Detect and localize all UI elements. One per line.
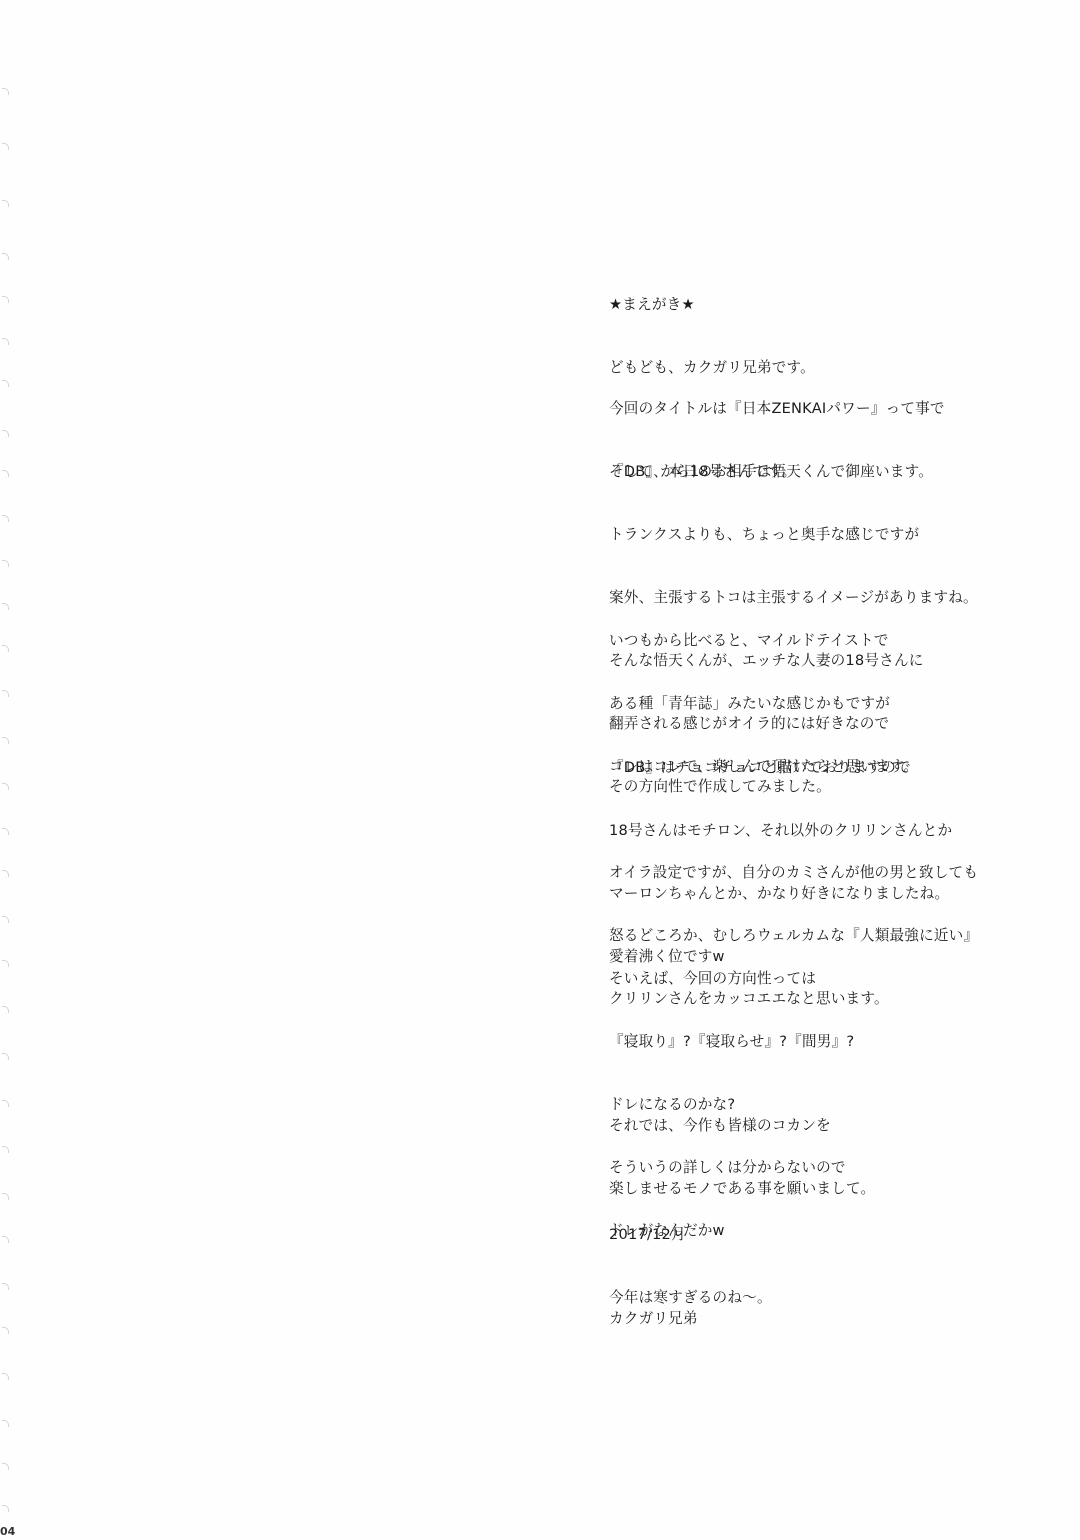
paragraph-line: 『寝取り』?『寝取らせ』?『間男』?: [609, 1031, 854, 1052]
binding-mark-icon: [2, 380, 9, 387]
paragraph-line: 『DB』はチョコチョコと描いておりますので: [609, 757, 952, 778]
paragraph-line: いつもから比べると、マイルドテイストで: [609, 630, 918, 651]
binding-mark-icon: [2, 870, 9, 877]
paragraph-line: そして、本日のお相手は悟天くんで御座います。: [609, 461, 978, 482]
paragraph-line: それでは、今作も皆様のコカンを: [609, 1115, 875, 1136]
binding-mark-icon: [2, 603, 9, 610]
binding-mark-icon: [2, 470, 9, 477]
binding-mark-icon: [2, 338, 9, 345]
author-signature: カクガリ兄弟: [609, 1308, 698, 1329]
binding-mark-icon: [2, 1193, 9, 1200]
binding-mark-icon: [2, 515, 9, 522]
paragraph-line: 今回のタイトルは『日本ZENKAIパワー』って事で: [609, 398, 945, 419]
paragraph-line: ある種「青年誌」みたいな感じかもですが: [609, 693, 918, 714]
binding-mark-icon: [2, 1146, 9, 1153]
binding-edge-marks: [0, 0, 14, 1540]
binding-mark-icon: [2, 560, 9, 567]
binding-mark-icon: [2, 1327, 9, 1334]
binding-mark-icon: [2, 253, 9, 260]
binding-mark-icon: [2, 1006, 9, 1013]
binding-mark-icon: [2, 690, 9, 697]
binding-mark-icon: [2, 960, 9, 967]
binding-mark-icon: [2, 783, 9, 790]
binding-mark-icon: [2, 916, 9, 923]
binding-mark-icon: [2, 1053, 9, 1060]
binding-mark-icon: [2, 737, 9, 744]
binding-mark-icon: [2, 1420, 9, 1427]
binding-mark-icon: [2, 1505, 9, 1512]
paragraph-line: トランクスよりも、ちょっと奥手な感じですが: [609, 524, 978, 545]
binding-mark-icon: [2, 200, 9, 207]
binding-mark-icon: [2, 296, 9, 303]
binding-mark-icon: [2, 1373, 9, 1380]
binding-mark-icon: [2, 1463, 9, 1470]
paragraph-line: オイラ設定ですが、自分のカミさんが他の男と致しても: [609, 862, 978, 883]
date-line: 2017/12月: [609, 1224, 772, 1245]
paragraph-line: そいえば、今回の方向性っては: [609, 968, 854, 989]
binding-mark-icon: [2, 1100, 9, 1107]
page-number: 04: [0, 1526, 15, 1538]
binding-mark-icon: [2, 1236, 9, 1243]
heading-text: ★まえがき★: [609, 294, 695, 315]
section-signature: カクガリ兄弟: [609, 1266, 698, 1371]
document-page: ★まえがき★ どもども、カクガリ兄弟です。 今回のタイトルは『日本ZENKAIパ…: [0, 0, 1080, 1540]
binding-mark-icon: [2, 88, 9, 95]
binding-mark-icon: [2, 1283, 9, 1290]
binding-mark-icon: [2, 645, 9, 652]
binding-mark-icon: [2, 143, 9, 150]
binding-mark-icon: [2, 828, 9, 835]
binding-mark-icon: [2, 430, 9, 437]
